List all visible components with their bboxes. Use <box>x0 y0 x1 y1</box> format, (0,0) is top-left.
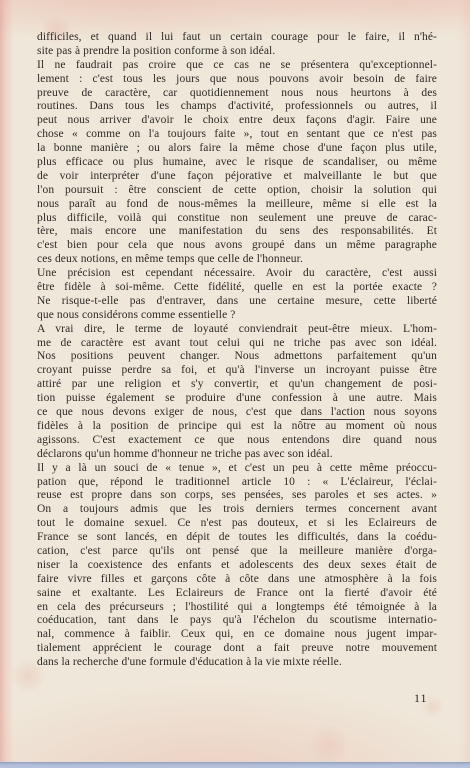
text-line: tialement apprécient le courage dont a f… <box>37 642 437 656</box>
text-line: que nous considérons comme essentielle ? <box>37 309 437 323</box>
text-line: en cela des précurseurs ; l'hostilité qu… <box>37 601 437 615</box>
text-line: Nos positions peuvent changer. Nous adme… <box>37 350 437 364</box>
text-line: preuve de caractère, car quotidiennement… <box>37 87 437 101</box>
text-line: tion puisse également se produire d'une … <box>37 392 437 406</box>
page-text: difficiles, et quand il lui faut un cert… <box>37 31 437 670</box>
scan-bottom-strip <box>0 762 470 768</box>
text-line: site pas à prendre la position conforme … <box>37 45 437 59</box>
text-line: peut nous arriver d'avoir le choix entre… <box>37 114 437 128</box>
text-line: être fidèle à soi-même. Cette fidélité, … <box>37 281 437 295</box>
text-line: faire vivre filles et garçons côte à côt… <box>37 573 437 587</box>
text-line: fidèles à la position de principe qui es… <box>37 420 437 434</box>
text-line: la bonne manière ; ou alors faire la mêm… <box>37 142 437 156</box>
text-line: coéducation, tant dans le pays qu'à l'éc… <box>37 614 437 628</box>
text-line: dans la recherche d'une formule d'éducat… <box>37 656 437 670</box>
text-line: tout le domaine sexuel. Ce n'est pas dou… <box>37 517 437 531</box>
text-line: attiré par une religion et s'y convertir… <box>37 378 437 392</box>
text-line: France se sont lancés, en dépit de toute… <box>37 531 437 545</box>
text-line: plus difficile, voilà qui constitue non … <box>37 212 437 226</box>
scanned-book-page: difficiles, et quand il lui faut un cert… <box>0 0 470 768</box>
text-line: niser la coexistence des enfants et adol… <box>37 559 437 573</box>
text-line: A vrai dire, le terme de loyauté convien… <box>37 323 437 337</box>
text-line: plus efficace ou plus humaine, avec le r… <box>37 156 437 170</box>
text-line: Une précision est cependant nécessaire. … <box>37 267 437 281</box>
text-line: me de caractère est avant tout celui qui… <box>37 337 437 351</box>
text-line: ces deux notions, en même temps que cell… <box>37 253 437 267</box>
text-line: nal, commence à faiblir. Ceux qui, en ce… <box>37 628 437 642</box>
text-line: agissons. C'est exactement ce que nous e… <box>37 434 437 448</box>
underlined-phrase: dans l'action <box>301 406 365 420</box>
text-line: nous paraît au fond de nous-mêmes la mei… <box>37 198 437 212</box>
text-line: saine et exaltante. Les Eclaireurs de Fr… <box>37 587 437 601</box>
text-line: pation que, répond le traditionnel artic… <box>37 476 437 490</box>
text-line: c'est bien pour cela que nous avons grou… <box>37 239 437 253</box>
text-line: l'on poursuit : être conscient de cette … <box>37 184 437 198</box>
page-number: 11 <box>414 691 428 706</box>
text-line: lement : c'est tous les jours que nous p… <box>37 73 437 87</box>
text-line: Ne risque-t-elle pas d'entraver, dans un… <box>37 295 437 309</box>
text-line: routines. Dans tous les champs d'activit… <box>37 100 437 114</box>
text-line: reuse est propre dans son corps, ses pen… <box>37 489 437 503</box>
text-line: difficiles, et quand il lui faut un cert… <box>37 31 437 45</box>
text-line: ce que nous devons exiger de nous, c'est… <box>37 406 437 420</box>
text-line: de voir interpréter d'une façon péjorati… <box>37 170 437 184</box>
text-line: déclarons qu'un homme d'honneur ne trich… <box>37 448 437 462</box>
text-line: cation, c'est parce qu'ils ont pensé que… <box>37 545 437 559</box>
text-line: Il y a là un souci de « tenue », et c'es… <box>37 462 437 476</box>
text-line: Il ne faudrait pas croire que ce cas ne … <box>37 59 437 73</box>
text-line: On a toujours admis que les trois dernie… <box>37 503 437 517</box>
text-line: croyant puisse perdre sa foi, et qu'à l'… <box>37 364 437 378</box>
text-line: chose « comme on l'a toujours faite », t… <box>37 128 437 142</box>
text-line: tère, mais encore une manifestation du s… <box>37 225 437 239</box>
